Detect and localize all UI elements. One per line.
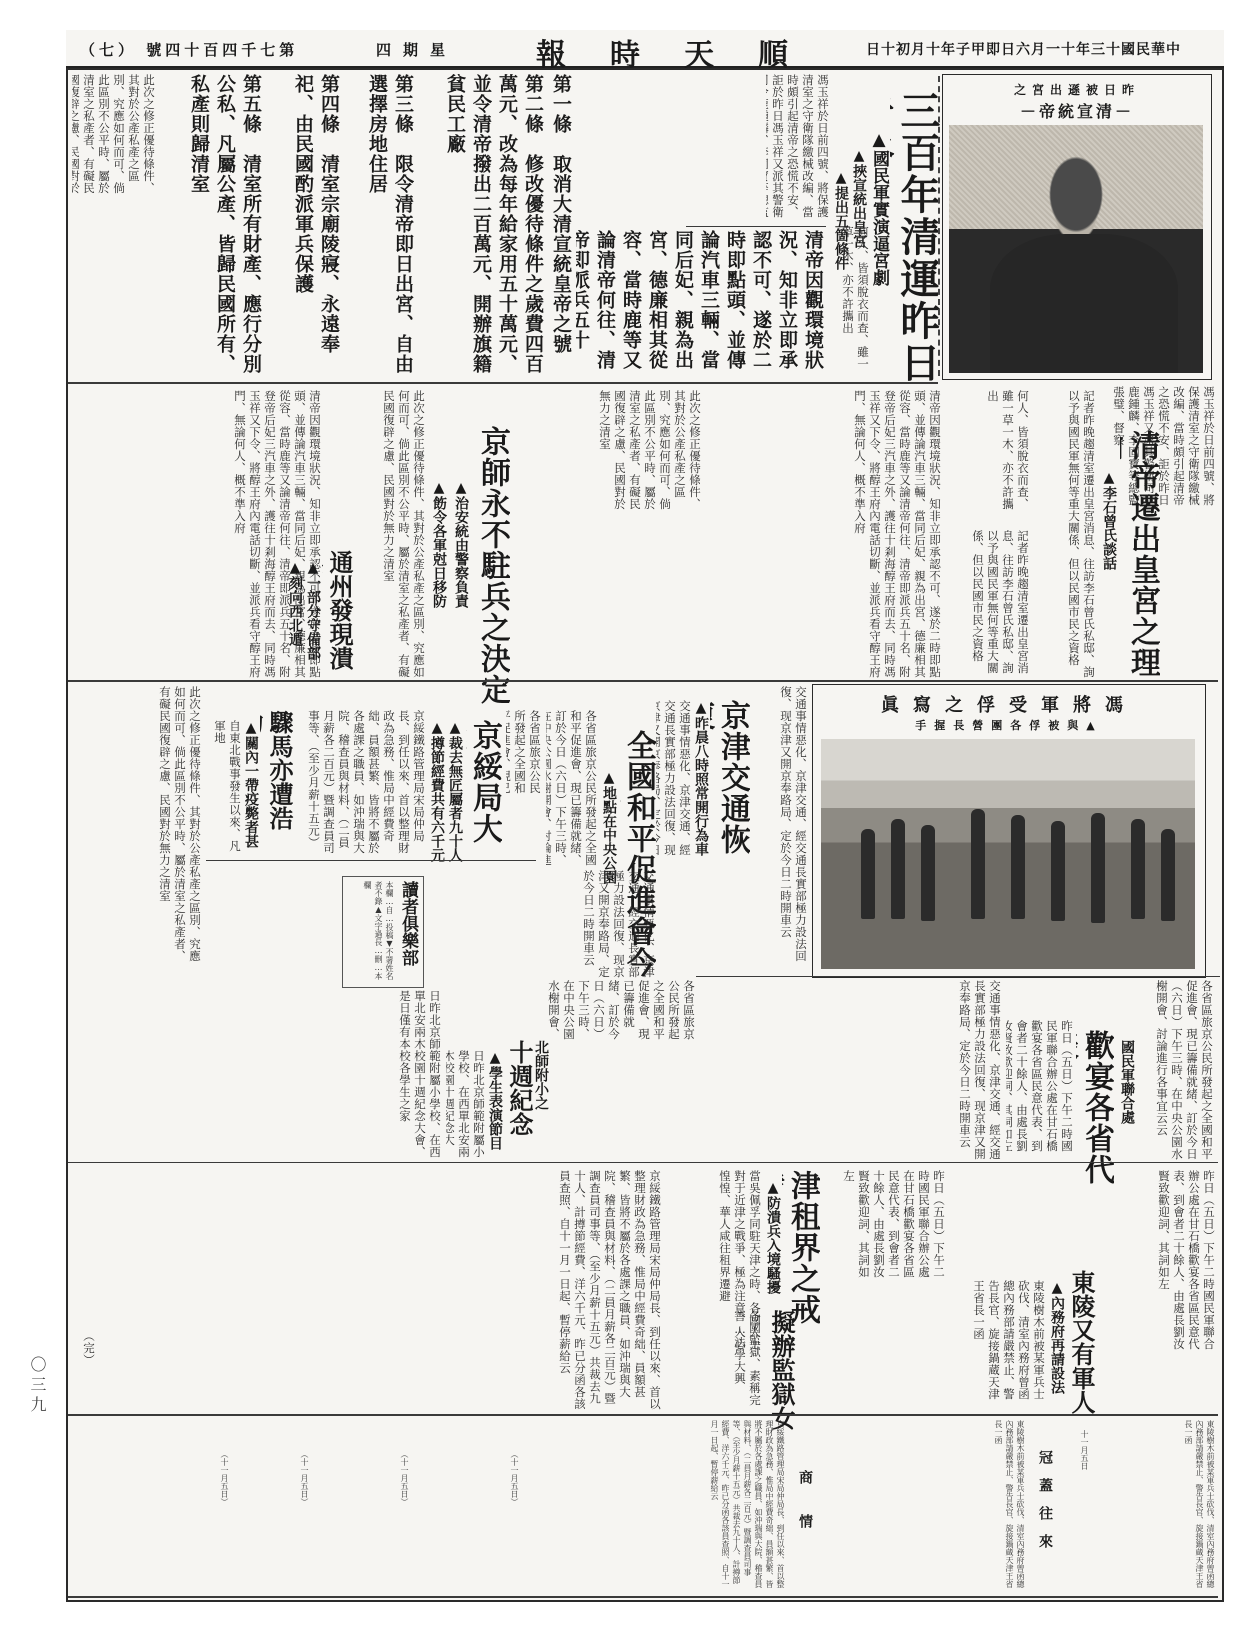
figure: [861, 829, 875, 919]
figure: [1051, 821, 1065, 921]
photo-caption-top: 之宮出遜被日昨: [943, 81, 1211, 98]
railway-lead: 各省區旅京公民所發起之全國和平促進會、現已籌備就緒、訂於今日（六日）下午三時、在…: [506, 710, 542, 800]
row-divider-3: [696, 976, 1220, 977]
puyi-portrait-photo: [949, 125, 1203, 373]
property-text: 記者昨晚趨清室遷出皇宮消息、往訪李石曾氏私邸、詢以予與國民軍無何等重大關係、但以…: [946, 530, 1030, 680]
dongling-subhead: ▲內務府再請設法: [1048, 1280, 1066, 1410]
tianjin-subhead: ▲防潰兵入境騷擾: [764, 1180, 782, 1330]
reason-headline: 清帝遷出皇宮之理由: [1120, 430, 1160, 680]
page-label: （七）: [80, 41, 137, 59]
market-date-2: （十一月五日）: [396, 1450, 410, 1560]
row-divider-1: [68, 382, 938, 384]
banquet-lead-text: 各省區旅京公民所發起之全國和平促進會、現已籌備就緒、訂於今日（六日）下午三時、在…: [1146, 980, 1214, 1160]
feng-surrender-photo: [821, 739, 1195, 969]
school-kicker: 北師附小之: [532, 1040, 550, 1140]
reason-body: 記者昨晚趨清室遷出皇宮消息、往訪李石曾氏私邸、詢以予與國民軍無何等重大關係、但以…: [1032, 390, 1096, 680]
school-body: 日昨北京師範附屬小學校、在西單北安兩木校園十週紀念大會、是日僅有本校各學生之家: [446, 1050, 486, 1160]
condition-article-1: 第一條 取消大清宣統皇帝之號: [546, 74, 574, 384]
garrison-body-2: 清帝因觀環境狀況、知非立即承認不可、遂於二時即點頭、並傳論汽車三輛、當同后妃、親…: [72, 390, 322, 680]
row-divider-5: [68, 1414, 1218, 1416]
newspaper-page: （七） 號四十百四千七第 四期星 報時天順 日十初月十年子甲即日六月一十年三十國…: [66, 30, 1224, 1602]
condition-article-2: 第二條 修改優待條件之歲費四百萬元、改為每年給家用五十萬元、並令清帝撥出二百萬元…: [416, 74, 546, 384]
peace-body-2: 交通事情惡化、京津交通、經交通長實部極力設法回復、现京津又開京奉路局、定於今日二…: [546, 870, 656, 980]
transport-body: 交通事情惡化、京津交通、經交通長實部極力設法回復、现京津又開京奉路局、定於今日二…: [656, 700, 692, 860]
divider: [686, 226, 826, 227]
lead-body-search: 何人、皆須脫衣而查、雖一草一木、亦不許攜出: [830, 226, 870, 374]
dongling-bottom: 東陵樹木前被某軍兵士砍伐、清室內務府曾函總內務部請嚴禁止、警告長官、旋接鍋蔵天津…: [1106, 1420, 1216, 1590]
portrait-figure: [990, 234, 1178, 373]
market-date-4: （十一月五日）: [216, 1450, 230, 1560]
banquet-headline: 歡宴各省代表: [1076, 1030, 1114, 1190]
page-margin-number: 〇三九: [26, 1356, 49, 1416]
peace-body: 各省區旅京公民所發起之全國和平促進會、現已籌備就緒、訂於今日（六日）下午三時、在…: [546, 710, 598, 870]
row-divider-4: [68, 1162, 1218, 1163]
readers-club-box: 讀者俱樂部 本欄…自…投稿▼不署姓名者不錄▲文字過長…刪…本欄: [342, 876, 424, 988]
lead-body-main: 清帝因觀環境狀況、知非立即承認不可、遂於二時即點頭、並傳論汽車三輛、當同后妃、親…: [576, 230, 826, 376]
weekday: 四期星: [376, 39, 457, 60]
row-divider-2: [68, 680, 1218, 682]
lead-body-continued: 清帝因觀環境狀況、知非立即承認不可、遂於二時即點頭、並傳論汽車三輛、當同后妃、親…: [706, 390, 942, 680]
figure: [1091, 813, 1105, 923]
garrison-subhead-2: ▲飭令各軍尅日移防: [428, 480, 448, 650]
mule-headline: 驟馬亦遭浩劫: [260, 710, 294, 850]
tongzhou-subhead-1: ▲一部分守備部: [304, 560, 322, 680]
banquet-speech: 交通事情惡化、京津交通、經交通長實部極力設法回復、现京津又開京奉路局、定於今日二…: [702, 980, 1002, 1160]
figure: [971, 809, 985, 919]
feng-photo-box: 眞寫之俘受軍將馮 手握長營團各俘被與▲: [812, 684, 1206, 978]
garrison-tail-text: 此次之修正優待條件、其對於公產私產之區別、究應如何而可、倘此區別不公平時、屬於清…: [72, 686, 202, 966]
tongzhou-subhead-2: ▲刻向西北遁: [286, 560, 304, 680]
dongling-headline: 東陵又有軍人伐木: [1066, 1270, 1096, 1420]
transport-lead-text: 交通事情惡化、京津交通、經交通長實部極力設法回復、现京津又開京奉路局、定於今日二…: [756, 686, 808, 972]
garrison-subhead-1: ▲治安統由警察負責: [450, 480, 470, 650]
railway-subhead-1: ▲裁去無匠屬者九十人: [446, 720, 464, 870]
transport-subhead: ▲昨晨八時照常開行為車: [692, 700, 710, 860]
masthead: （七） 號四十百四千七第 四期星 報時天順 日十初月十年子甲即日六月一十年三十國…: [66, 30, 1224, 68]
headline-divider: [938, 76, 940, 376]
readers-club-title: 讀者俱樂部: [397, 881, 419, 981]
garrison-upper-text: 此次之修正優待條件、其對於公產私產之區別、究應如何而可、倘此區別不公平時、屬於清…: [526, 390, 702, 520]
railway-subhead-2: ▲撙節經費共有六千元: [428, 720, 446, 870]
puyi-delegation-text: 何人、皆須脫衣而查、雖一草一木、亦不許攜出: [946, 390, 1030, 520]
figure: [921, 825, 935, 921]
reason-subhead: ▲李石曾氏談話: [1098, 470, 1118, 610]
dongling-body: 東陵樹木前被某軍兵士砍伐、清室內務府曾函總內務部請嚴禁止、警告長官、旋接鍋蔵天津…: [946, 1280, 1046, 1410]
condition-article-4: 第四條 清室宗廟陵寢、永遠奉祀、由民國酌派軍兵保護: [264, 74, 342, 384]
transport-headline: 京津交通恢復: [710, 700, 750, 870]
mule-subhead: ▲關內一帶疫斃者甚衆: [242, 720, 260, 860]
condition-article-5: 第五條 清室所有財產、應行分別公私、凡屬公產、皆歸民國所有、私產則歸清室: [156, 74, 264, 384]
railway-body: 京綏鐵路管理局宋局仲局長、到任以來、首以整理財政為急務、惟局中經費奇絀、員額甚繁…: [306, 710, 426, 860]
lead-headline: 三百年清運昨日告終: [890, 90, 940, 390]
dongling-lead-text: 昨日（五日）下午二時國民軍聯合辦公處在甘石橋歡宴各省區民意代表、到會者二十餘人、…: [1096, 1170, 1216, 1350]
mule-body: 自東北戰事發生以來、凡軍地: [206, 720, 242, 860]
figure: [1131, 819, 1145, 919]
school-subhead: ▲學生表演節目: [488, 1050, 504, 1150]
lower-left-text: 京綏鐵路管理局宋局仲局長、到任以來、首以整理財政為急務、惟局中經費奇絀、員額甚繁…: [72, 1170, 662, 1410]
banquet-kicker: 國民軍聯合處: [1116, 1040, 1136, 1150]
figure: [891, 819, 905, 919]
figure: [1161, 829, 1175, 921]
photo-caption-main: －帝統宣清－: [943, 99, 1211, 122]
travel-heading: 冠蓋往來: [1036, 1450, 1054, 1590]
travel-date: 十一月五日: [1076, 1430, 1090, 1510]
school-continued: 日昨北京師範附屬小學校、在西單北安兩木校園十週紀念大會、是日僅有本校各學生之家: [72, 990, 442, 1160]
tianjin-right-text: 昨日（五日）下午二時國民軍聯合辦公處在甘石橋歡宴各省區民意代表、到會者二十餘人、…: [826, 1170, 946, 1280]
garrison-headline: 京師永不駐兵之決定: [470, 426, 510, 706]
market-list: 京綏鐵路管理局宋局仲局長、到任以來、首以整理財政為急務、惟局中經費奇絀、員額甚繁…: [546, 1420, 786, 1590]
issue-label: 號四十百四千七第: [146, 41, 298, 59]
lead-body-top: 馮玉祥於日前四號、將保護清室之守衛隊繳械改編、當時頗引起清帝之恐慌不安、詎於昨日…: [766, 74, 830, 224]
railway-headline: 京綏局大裁員: [466, 720, 502, 870]
conditions-footnote: 此次之修正優待條件、其對於公產私產之區別、究應如何而可、倘此區別不公平時、屬於清…: [72, 74, 156, 204]
market-date-1: （十一月五日）: [506, 1450, 520, 1560]
feng-photo-caption: 眞寫之俘受軍將馮: [813, 691, 1205, 717]
issue-number: （七） 號四十百四千七第: [80, 39, 298, 60]
mid-divider: [206, 860, 536, 861]
travel-list: 東陵樹木前被某軍兵士砍伐、清室內務府曾函總內務部請嚴禁止、警告長官、旋接鍋蔵天津…: [846, 1420, 1026, 1590]
readers-club-note: 本欄…自…投稿▼不署姓名者不錄▲文字過長…刪…本欄: [347, 881, 395, 981]
school-lead-text: 各省區旅京公民所發起之全國和平促進會、現已籌備就緒、訂於今日（六日）下午三時、在…: [546, 980, 696, 1040]
article-end-note: （完）: [80, 1330, 96, 1390]
condition-article-3: 第三條 限令清帝即日出宮、自由選擇房地住居: [342, 74, 416, 384]
date-line: 日十初月十年子甲即日六月一十年三十國民華中: [866, 39, 1181, 59]
feng-photo-subcaption: 手握長營團各俘被與▲: [813, 717, 1205, 733]
market-heading: 商情: [796, 1470, 814, 1590]
puyi-photo-box: 之宮出遜被日昨 －帝統宣清－: [942, 74, 1212, 380]
prison-school-body: 各國監獄、素稱完善…法學大興: [686, 1310, 762, 1410]
figure: [1011, 815, 1025, 919]
school-headline: 十週紀念日: [506, 1040, 534, 1150]
tongzhou-headline: 通州發現潰兵: [322, 550, 354, 690]
banquet-body: 昨日（五日）下午二時國民軍聯合辦公處在甘石橋歡宴各省區民意代表、到會者二十餘人、…: [1006, 1020, 1074, 1160]
market-date-3: （十一月五日）: [296, 1450, 310, 1560]
bottom-rule: [68, 1596, 1218, 1598]
